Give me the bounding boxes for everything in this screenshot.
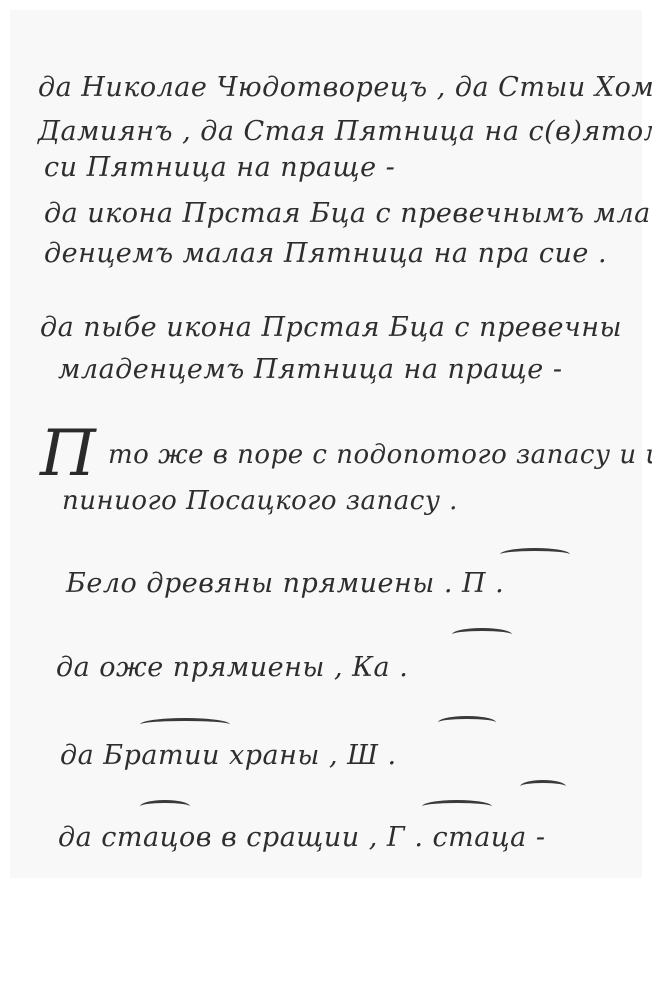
titlo-mark bbox=[140, 718, 230, 731]
titlo-mark bbox=[438, 716, 496, 729]
titlo-mark bbox=[422, 800, 492, 813]
manuscript-line-6: да пыбе икона Прстая Бца с превечны bbox=[40, 312, 622, 343]
manuscript-line-13: да стацов в сращии , Г . стаца - bbox=[58, 822, 545, 853]
titlo-mark bbox=[452, 628, 512, 641]
manuscript-line-4: да икона Прстая Бца с превечнымъ мла bbox=[44, 198, 651, 229]
manuscript-line-9: пиниого Посацкого запасу . bbox=[62, 486, 458, 516]
titlo-mark bbox=[520, 780, 566, 793]
manuscript-line-12: да Братии храны , Ш . bbox=[60, 740, 397, 771]
manuscript-line-11: да оже прямиены , Ка . bbox=[56, 652, 408, 683]
decorated-initial: П bbox=[40, 422, 96, 486]
manuscript-line-5: денцемъ малая Пятница на пра сие . bbox=[44, 238, 607, 269]
manuscript-line-10: Бело древяны прямиены . П . bbox=[66, 568, 504, 599]
manuscript-line-1: да Николае Чюдотворецъ , да Стыи Хома и bbox=[38, 72, 652, 103]
manuscript-line-3: си Пятница на праще - bbox=[44, 152, 395, 183]
manuscript-line-7: младенцемъ Пятница на праще - bbox=[58, 354, 563, 385]
titlo-mark bbox=[140, 800, 190, 813]
titlo-mark bbox=[500, 548, 570, 561]
manuscript-line-8: то же в поре с подопотого запасу и иного bbox=[108, 440, 652, 470]
manuscript-line-2: Дамиянъ , да Стая Пятница на с(в)ятом дв bbox=[38, 116, 652, 147]
